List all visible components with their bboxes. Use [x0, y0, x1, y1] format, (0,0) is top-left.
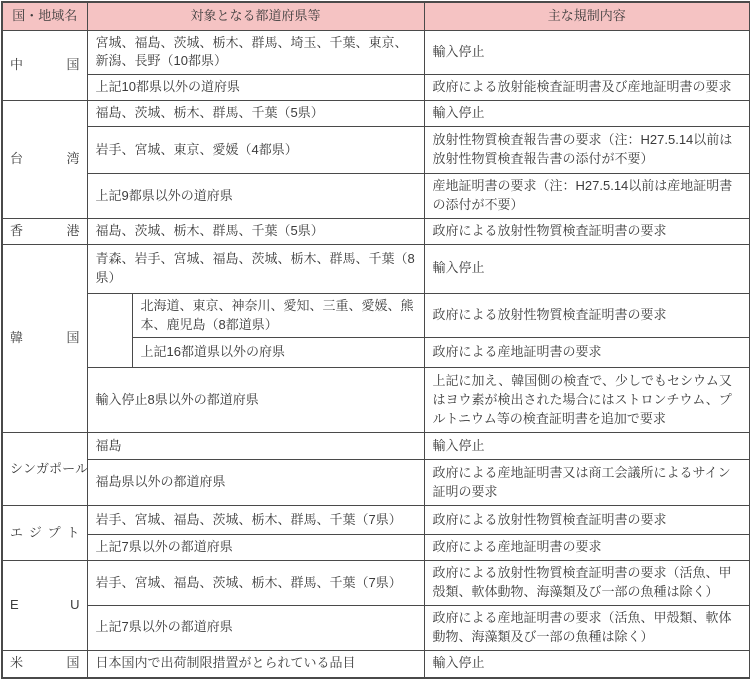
table-row: 上記10都県以外の道府県 政府による放射能検査証明書及び産地証明書の要求 [2, 75, 750, 101]
regulation-cell: 輸入停止 [424, 650, 750, 678]
import-restrictions-table: 国・地域名 対象となる都道府県等 主な規制内容 中国 宮城、福島、茨城、栃木、群… [1, 1, 750, 679]
table-row: 米国 日本国内で出荷制限措置がとられている品目 輸入停止 [2, 650, 750, 678]
country-cell-eu: EU [2, 561, 87, 650]
prefecture-cell: 福島県以外の都道府県 [87, 460, 424, 506]
prefecture-cell: 輸入停止8県以外の都道府県 [87, 368, 424, 433]
prefecture-cell: 宮城、福島、茨城、栃木、群馬、埼玉、千葉、東京、新潟、長野（10都県） [87, 30, 424, 75]
regulation-cell: 政府による放射性物質検査証明書の要求 [424, 218, 750, 244]
prefecture-cell: 青森、岩手、宮城、福島、茨城、栃木、群馬、千葉（8県） [87, 244, 424, 293]
header-prefectures: 対象となる都道府県等 [87, 2, 424, 30]
regulation-cell: 政府による放射能検査証明書及び産地証明書の要求 [424, 75, 750, 101]
table-row: 香港 福島、茨城、栃木、群馬、千葉（5県） 政府による放射性物質検査証明書の要求 [2, 218, 750, 244]
regulation-cell: 政府による産地証明書の要求 [424, 338, 750, 368]
regulation-cell: 政府による産地証明書の要求 [424, 535, 750, 561]
regulation-cell: 輸入停止 [424, 30, 750, 75]
country-label: EU [3, 596, 87, 615]
table-row: 上記7県以外の都道府県 政府による産地証明書の要求（活魚、甲殻類、軟体動物、海藻… [2, 605, 750, 650]
table-row: 上記7県以外の都道府県 政府による産地証明書の要求 [2, 535, 750, 561]
country-cell-egypt: エジプト [2, 506, 87, 561]
country-cell-hongkong: 香港 [2, 218, 87, 244]
country-cell-usa: 米国 [2, 650, 87, 678]
country-label: 中国 [3, 56, 87, 75]
prefecture-cell: 日本国内で出荷制限措置がとられている品目 [87, 650, 424, 678]
table-row: 北海道、東京、神奈川、愛知、三重、愛媛、熊本、鹿児島（8都道県） 政府による放射… [2, 293, 750, 338]
table-row: 台湾 福島、茨城、栃木、群馬、千葉（5県） 輸入停止 [2, 101, 750, 127]
spacer-cell [87, 293, 132, 368]
country-label: 香港 [3, 222, 87, 241]
table-row: 中国 宮城、福島、茨城、栃木、群馬、埼玉、千葉、東京、新潟、長野（10都県） 輸… [2, 30, 750, 75]
regulation-cell: 政府による産地証明書の要求（活魚、甲殻類、軟体動物、海藻類及び一部の魚種は除く） [424, 605, 750, 650]
country-label: 台湾 [3, 150, 87, 169]
regulation-cell: 輸入停止 [424, 101, 750, 127]
prefecture-cell: 北海道、東京、神奈川、愛知、三重、愛媛、熊本、鹿児島（8都道県） [132, 293, 424, 338]
regulation-cell: 上記に加え、韓国側の検査で、少しでもセシウム又はヨウ素が検出された場合にはストロ… [424, 368, 750, 433]
country-cell-taiwan: 台湾 [2, 101, 87, 219]
regulation-cell: 政府による放射性物質検査証明書の要求 [424, 506, 750, 535]
header-country: 国・地域名 [2, 2, 87, 30]
prefecture-cell: 上記10都県以外の道府県 [87, 75, 424, 101]
table-row: 福島県以外の都道府県 政府による産地証明書又は商工会議所によるサイン証明の要求 [2, 460, 750, 506]
regulation-cell: 政府による放射性物質検査証明書の要求（活魚、甲殻類、軟体動物、海藻類及び一部の魚… [424, 561, 750, 606]
country-cell-china: 中国 [2, 30, 87, 101]
table-row: シンガポール 福島 輸入停止 [2, 433, 750, 460]
country-label: エジプト [3, 524, 87, 543]
table-row: 上記9都県以外の道府県 産地証明書の要求（注：H27.5.14以前は産地証明書の… [2, 174, 750, 219]
table-row: 輸入停止8県以外の都道府県 上記に加え、韓国側の検査で、少しでもセシウム又はヨウ… [2, 368, 750, 433]
prefecture-cell: 岩手、宮城、福島、茨城、栃木、群馬、千葉（7県） [87, 561, 424, 606]
prefecture-cell: 上記7県以外の都道府県 [87, 535, 424, 561]
prefecture-cell: 岩手、宮城、福島、茨城、栃木、群馬、千葉（7県） [87, 506, 424, 535]
regulation-cell: 政府による産地証明書又は商工会議所によるサイン証明の要求 [424, 460, 750, 506]
regulation-cell: 政府による放射性物質検査証明書の要求 [424, 293, 750, 338]
table-header-row: 国・地域名 対象となる都道府県等 主な規制内容 [2, 2, 750, 30]
country-cell-singapore: シンガポール [2, 433, 87, 506]
regulation-cell: 放射性物質検査報告書の要求（注：H27.5.14以前は放射性物質検査報告書の添付… [424, 127, 750, 174]
prefecture-cell: 福島 [87, 433, 424, 460]
prefecture-cell: 福島、茨城、栃木、群馬、千葉（5県） [87, 218, 424, 244]
prefecture-cell: 上記9都県以外の道府県 [87, 174, 424, 219]
regulation-cell: 輸入停止 [424, 244, 750, 293]
table-row: 岩手、宮城、東京、愛媛（4都県） 放射性物質検査報告書の要求（注：H27.5.1… [2, 127, 750, 174]
country-label: 韓国 [3, 329, 87, 348]
header-regulation: 主な規制内容 [424, 2, 750, 30]
table-row: EU 岩手、宮城、福島、茨城、栃木、群馬、千葉（7県） 政府による放射性物質検査… [2, 561, 750, 606]
table-row: 韓国 青森、岩手、宮城、福島、茨城、栃木、群馬、千葉（8県） 輸入停止 [2, 244, 750, 293]
prefecture-cell: 岩手、宮城、東京、愛媛（4都県） [87, 127, 424, 174]
country-label: 米国 [3, 654, 87, 673]
prefecture-cell: 上記7県以外の都道府県 [87, 605, 424, 650]
regulation-cell: 産地証明書の要求（注：H27.5.14以前は産地証明書の添付が不要） [424, 174, 750, 219]
table-row: エジプト 岩手、宮城、福島、茨城、栃木、群馬、千葉（7県） 政府による放射性物質… [2, 506, 750, 535]
regulation-cell: 輸入停止 [424, 433, 750, 460]
country-cell-korea: 韓国 [2, 244, 87, 433]
prefecture-cell: 上記16都道県以外の府県 [132, 338, 424, 368]
prefecture-cell: 福島、茨城、栃木、群馬、千葉（5県） [87, 101, 424, 127]
country-label: シンガポール [3, 460, 87, 479]
